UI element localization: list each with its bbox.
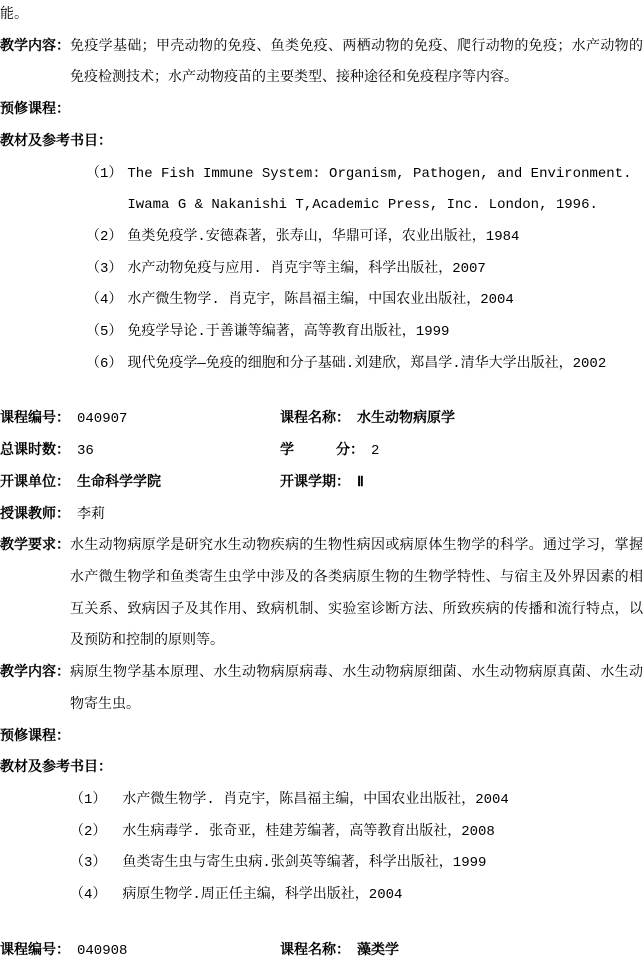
semester-field: 开课学期： Ⅱ bbox=[280, 468, 643, 500]
reference-item: （2） 水生病毒学. 张奇亚，桂建芳编著，高等教育出版社，2008 bbox=[70, 817, 643, 849]
credits-value: 2 bbox=[371, 436, 379, 468]
credits-field: 学 分： 2 bbox=[280, 436, 643, 468]
instructor-row: 授课教师： 李莉 bbox=[0, 500, 643, 532]
reference-number: （1） bbox=[70, 785, 106, 817]
department-field: 开课单位： 生命科学学院 bbox=[0, 468, 280, 500]
course-name-value: 藻类学 bbox=[357, 936, 399, 967]
reference-text: 水生病毒学. 张奇亚，桂建芳编著，高等教育出版社，2008 bbox=[122, 817, 643, 849]
references-title: 教材及参考书目： bbox=[0, 127, 643, 159]
course-name-field: 课程名称： 水生动物病原学 bbox=[280, 404, 643, 436]
prerequisites-row: 预修课程： bbox=[0, 722, 643, 754]
references-list: （1） 水产微生物学. 肖克宇，陈昌福主编，中国农业出版社，2004 （2） 水… bbox=[0, 785, 643, 912]
instructor-value: 李莉 bbox=[77, 500, 105, 532]
course-code-label: 课程编号： bbox=[0, 404, 70, 436]
total-hours-value: 36 bbox=[77, 436, 94, 468]
reference-number: （4） bbox=[70, 880, 106, 912]
instructor-field: 授课教师： 李莉 bbox=[0, 500, 280, 532]
paragraph-trailing-line: 能。 bbox=[0, 0, 643, 32]
reference-item: （1） The Fish Immune System: Organism, Pa… bbox=[86, 159, 643, 222]
reference-number: （2） bbox=[86, 222, 122, 254]
course-id-row: 课程编号： 040907 课程名称： 水生动物病原学 bbox=[0, 404, 643, 436]
reference-item: （1） 水产微生物学. 肖克宇，陈昌福主编，中国农业出版社，2004 bbox=[70, 785, 643, 817]
teaching-content-row: 教学内容： 病原生物学基本原理、水生动物病原病毒、水生动物病原细菌、水生动物病原… bbox=[0, 658, 643, 721]
course-name-label: 课程名称： bbox=[280, 404, 350, 436]
teaching-requirements-row: 教学要求： 水生动物病原学是研究水生动物疾病的生物性病因或病原体生物学的科学。通… bbox=[0, 531, 643, 658]
reference-text: 鱼类免疫学.安德森著，张寿山，华鼎可译，农业出版社，1984 bbox=[127, 222, 643, 254]
teaching-content-label: 教学内容： bbox=[0, 32, 70, 95]
course-code-field: 课程编号： 040908 bbox=[0, 936, 280, 967]
reference-number: （3） bbox=[86, 254, 122, 286]
references-title: 教材及参考书目： bbox=[0, 753, 643, 785]
course-catalog-page: 能。 教学内容： 免疫学基础；甲壳动物的免疫、鱼类免疫、两栖动物的免疫、爬行动物… bbox=[0, 0, 643, 967]
course-code-value: 040908 bbox=[77, 936, 127, 967]
teaching-content-text: 免疫学基础；甲壳动物的免疫、鱼类免疫、两栖动物的免疫、爬行动物的免疫；水产动物的… bbox=[70, 32, 643, 95]
prerequisites-label: 预修课程： bbox=[0, 722, 70, 754]
total-hours-field: 总课时数： 36 bbox=[0, 436, 280, 468]
prerequisites-text bbox=[70, 95, 643, 127]
reference-number: （1） bbox=[86, 159, 122, 222]
section-gap bbox=[0, 380, 643, 404]
instructor-label: 授课教师： bbox=[0, 500, 70, 532]
reference-text: 免疫学导论.于善谦等编著，高等教育出版社，1999 bbox=[127, 317, 643, 349]
reference-item: （4） 水产微生物学. 肖克宇，陈昌福主编，中国农业出版社，2004 bbox=[86, 285, 643, 317]
department-label: 开课单位： bbox=[0, 468, 70, 500]
reference-number: （6） bbox=[86, 349, 122, 381]
course-name-field: 课程名称： 藻类学 bbox=[280, 936, 643, 967]
reference-number: （4） bbox=[86, 285, 122, 317]
hours-credits-row: 总课时数： 36 学 分： 2 bbox=[0, 436, 643, 468]
course-name-value: 水生动物病原学 bbox=[357, 404, 455, 436]
reference-number: （3） bbox=[70, 848, 106, 880]
references-list: （1） The Fish Immune System: Organism, Pa… bbox=[0, 159, 643, 381]
reference-number: （5） bbox=[86, 317, 122, 349]
reference-item: （3） 鱼类寄生虫与寄生虫病.张剑英等编著，科学出版社，1999 bbox=[70, 848, 643, 880]
reference-text: 水产微生物学. 肖克宇，陈昌福主编，中国农业出版社，2004 bbox=[127, 285, 643, 317]
reference-item: （3） 水产动物免疫与应用. 肖克宇等主编，科学出版社，2007 bbox=[86, 254, 643, 286]
department-value: 生命科学学院 bbox=[77, 468, 161, 500]
course-code-field: 课程编号： 040907 bbox=[0, 404, 280, 436]
course-id-row: 课程编号： 040908 课程名称： 藻类学 bbox=[0, 936, 643, 967]
total-hours-label: 总课时数： bbox=[0, 436, 70, 468]
semester-label: 开课学期： bbox=[280, 468, 350, 500]
course-code-label: 课程编号： bbox=[0, 936, 70, 967]
semester-value: Ⅱ bbox=[357, 468, 364, 500]
reference-item: （2） 鱼类免疫学.安德森著，张寿山，华鼎可译，农业出版社，1984 bbox=[86, 222, 643, 254]
department-semester-row: 开课单位： 生命科学学院 开课学期： Ⅱ bbox=[0, 468, 643, 500]
credits-label: 学 分： bbox=[280, 436, 364, 468]
prerequisites-row: 预修课程： bbox=[0, 95, 643, 127]
reference-text: 病原生物学.周正任主编，科学出版社，2004 bbox=[122, 880, 643, 912]
reference-text: The Fish Immune System: Organism, Pathog… bbox=[127, 159, 643, 222]
course-name-label: 课程名称： bbox=[280, 936, 350, 967]
reference-item: （4） 病原生物学.周正任主编，科学出版社，2004 bbox=[70, 880, 643, 912]
section-gap bbox=[0, 912, 643, 936]
teaching-content-text: 病原生物学基本原理、水生动物病原病毒、水生动物病原细菌、水生动物病原真菌、水生动… bbox=[70, 658, 643, 721]
prerequisites-label: 预修课程： bbox=[0, 95, 70, 127]
reference-text: 鱼类寄生虫与寄生虫病.张剑英等编著，科学出版社，1999 bbox=[122, 848, 643, 880]
prerequisites-text bbox=[70, 722, 643, 754]
teaching-content-label: 教学内容： bbox=[0, 658, 70, 721]
reference-number: （2） bbox=[70, 817, 106, 849]
teaching-content-row: 教学内容： 免疫学基础；甲壳动物的免疫、鱼类免疫、两栖动物的免疫、爬行动物的免疫… bbox=[0, 32, 643, 95]
reference-text: 水产动物免疫与应用. 肖克宇等主编，科学出版社，2007 bbox=[127, 254, 643, 286]
reference-text: 水产微生物学. 肖克宇，陈昌福主编，中国农业出版社，2004 bbox=[122, 785, 643, 817]
teaching-requirements-text: 水生动物病原学是研究水生动物疾病的生物性病因或病原体生物学的科学。通过学习，掌握… bbox=[70, 531, 643, 658]
reference-item: （6） 现代免疫学—免疫的细胞和分子基础.刘建欣，郑昌学.清华大学出版社，200… bbox=[86, 349, 643, 381]
reference-item: （5） 免疫学导论.于善谦等编著，高等教育出版社，1999 bbox=[86, 317, 643, 349]
teaching-requirements-label: 教学要求： bbox=[0, 531, 70, 658]
course-code-value: 040907 bbox=[77, 404, 127, 436]
reference-text: 现代免疫学—免疫的细胞和分子基础.刘建欣，郑昌学.清华大学出版社，2002 bbox=[127, 349, 643, 381]
